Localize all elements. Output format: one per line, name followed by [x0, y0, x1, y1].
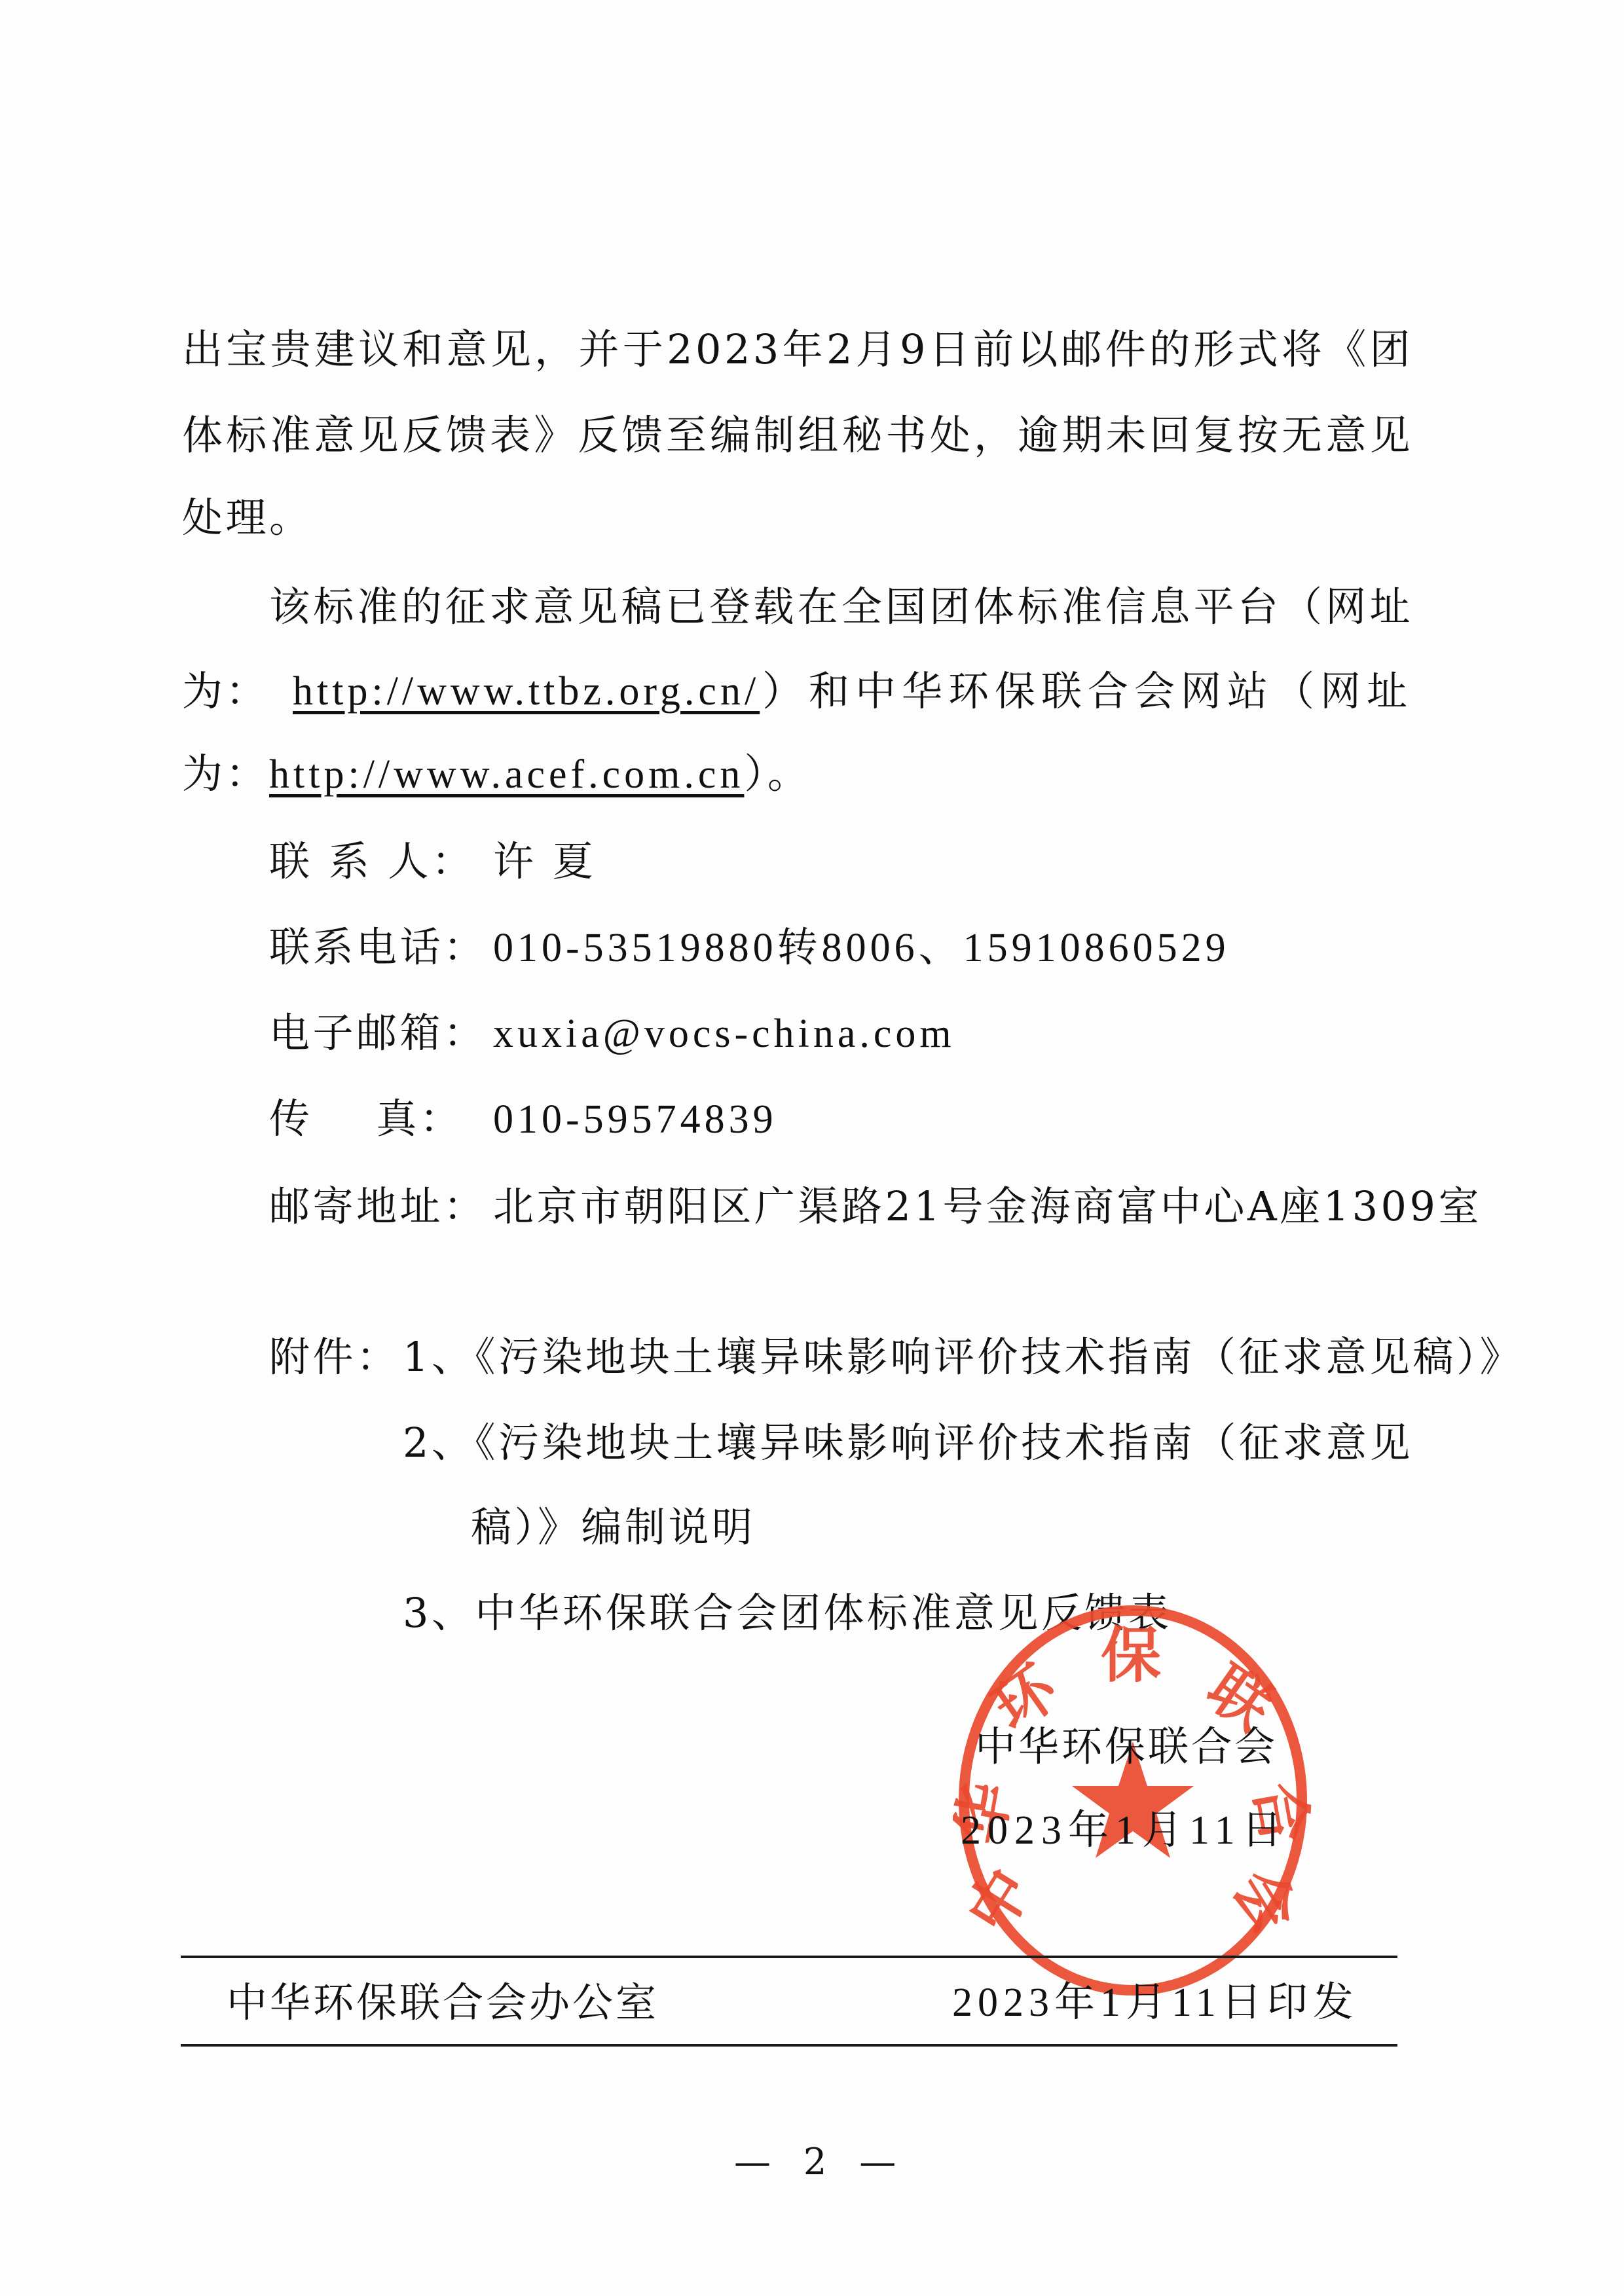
paragraph1-line1: 出宝贵建议和意见，并于2023年2月9日前以邮件的形式将《团 [182, 323, 1413, 376]
signature-date: 2023年1月11日 [961, 1804, 1289, 1857]
paragraph2-line3: 为：http://www.acef.com.cn）。 [182, 748, 811, 801]
paragraph2-line3-suffix: ）。 [744, 750, 811, 797]
attachment-3-number: 3、 [403, 1589, 475, 1637]
contact-address-row: 邮寄地址：北京市朝阳区广渠路21号金海商富中心A座1309室 [269, 1180, 1482, 1233]
svg-text:中: 中 [954, 1857, 1046, 1945]
contact-fax-value: 010-59574839 [493, 1097, 777, 1142]
signature-organization: 中华环保联合会 [975, 1721, 1278, 1773]
attachments-label: 附件： [269, 1331, 403, 1383]
attachment-2-title: 《污染地块土壤异味影响评价技术指南（征求意见 [475, 1419, 1414, 1467]
contact-person-value: 许 夏 [493, 837, 596, 885]
footer-issuer: 中华环保联合会办公室 [227, 1977, 659, 2029]
paragraph1-line2: 体标准意见反馈表》反馈至编制组秘书处，逾期未回复按无意见 [182, 409, 1413, 462]
attachment-1-number: 1、 [403, 1333, 475, 1381]
paragraph2-line1: 该标准的征求意见稿已登载在全国团体标准信息平台（网址 [269, 581, 1413, 633]
contact-phone-row: 联系电话：010-53519880转8006、15910860529 [269, 921, 1230, 974]
contact-address-label: 邮寄地址： [269, 1180, 493, 1233]
paragraph1-line3: 处理。 [182, 492, 313, 544]
contact-email-value[interactable]: xuxia@vocs-china.com [493, 1011, 955, 1056]
attachment-row-1: 附件：1、《污染地块土壤异味影响评价技术指南（征求意见稿）》 [269, 1331, 1523, 1383]
label-wangzhi-wei-2: 为： [182, 750, 269, 797]
seal-arc-text: 中 华 环 保 联 合 会 [953, 1620, 1313, 1945]
paragraph2-line2-suffix: ）和中华环保联合会网站（网址 [762, 665, 1413, 718]
contact-phone-label: 联系电话： [269, 921, 493, 974]
contact-person-label: 联 系 人： [269, 835, 493, 888]
attachment-3-title: 中华环保联合会团体标准意见反馈表 [475, 1589, 1172, 1637]
contact-email-label: 电子邮箱： [269, 1007, 493, 1059]
footer-top-rule [181, 1956, 1397, 1958]
footer-bottom-rule [181, 2044, 1397, 2047]
paragraph2-line2: 为： http://www.ttbz.org.cn/ ）和中华环保联合会网站（网… [182, 665, 1413, 718]
contact-fax-label: 传 真： [269, 1093, 493, 1145]
page-number: — 2 — [734, 2140, 865, 2185]
acef-url-link[interactable]: http://www.acef.com.cn [269, 752, 744, 797]
contact-fax-row: 传 真：010-59574839 [269, 1093, 777, 1146]
attachment-1-title: 《污染地块土壤异味影响评价技术指南（征求意见稿）》 [475, 1333, 1523, 1381]
official-seal-stamp: 中 华 环 保 联 合 会 [953, 1601, 1313, 2000]
ttbz-url-link[interactable]: http://www.ttbz.org.cn/ [293, 665, 760, 718]
attachment-row-3: 3、中华环保联合会团体标准意见反馈表 [403, 1587, 1172, 1639]
contact-email-row: 电子邮箱：xuxia@vocs-china.com [269, 1007, 955, 1060]
svg-text:会: 会 [1219, 1857, 1311, 1945]
label-wangzhi-wei: 为： [182, 665, 269, 718]
contact-person-row: 联 系 人：许 夏 [269, 835, 596, 888]
document-page: 出宝贵建议和意见，并于2023年2月9日前以邮件的形式将《团 体标准意见反馈表》… [0, 0, 1624, 2296]
contact-address-value: 北京市朝阳区广渠路21号金海商富中心A座1309室 [493, 1182, 1482, 1230]
attachment-row-2-continuation: 稿）》编制说明 [471, 1501, 756, 1554]
attachment-row-2: 2、《污染地块土壤异味影响评价技术指南（征求意见 [403, 1417, 1413, 1469]
contact-phone-value: 010-53519880转8006、15910860529 [493, 926, 1230, 970]
footer-issue-date: 2023年1月11日印发 [952, 1977, 1359, 2029]
attachment-2-number: 2、 [403, 1419, 475, 1467]
